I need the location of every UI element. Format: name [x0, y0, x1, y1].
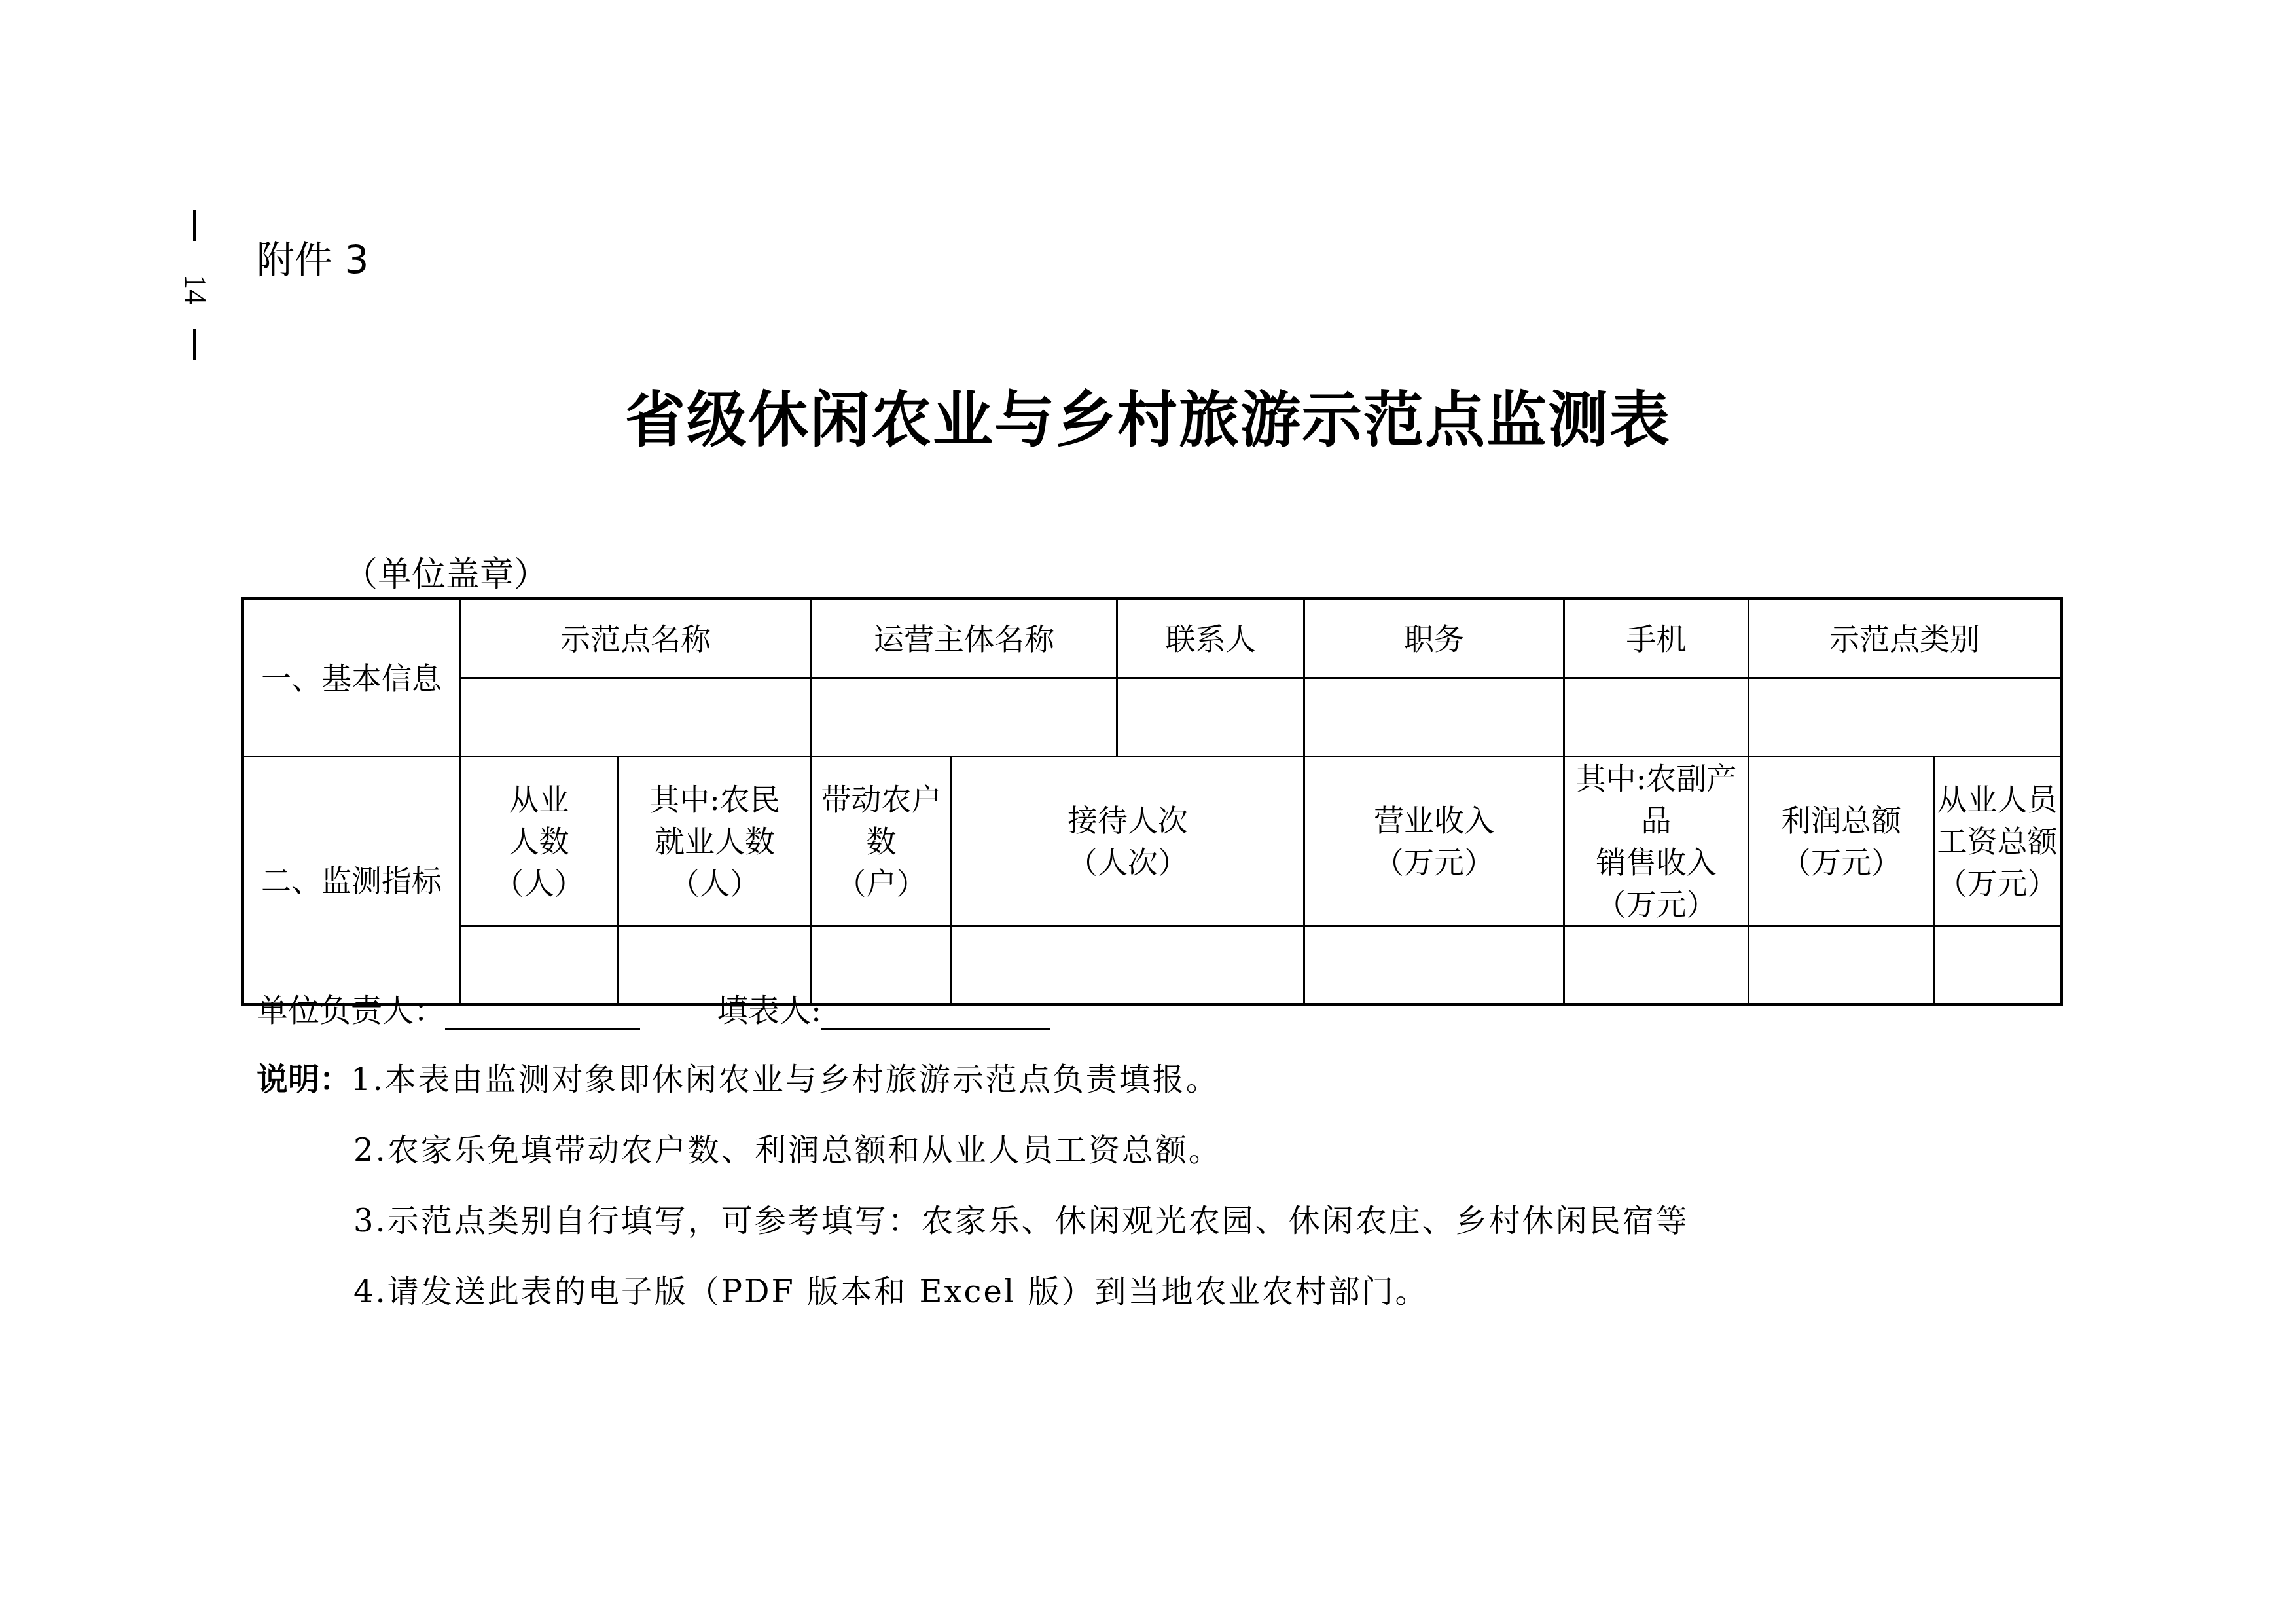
- header-operator-name: 运营主体名称: [812, 599, 1117, 678]
- filler-label: 填表人:: [717, 993, 821, 1029]
- input-total-wages[interactable]: [1934, 926, 2062, 1005]
- document-title: 省级休闲农业与乡村旅游示范点监测表: [0, 372, 2296, 458]
- seal-label: （单位盖章）: [344, 547, 548, 596]
- header-agri-product-sales: 其中:农副产品 销售收入 （万元）: [1564, 757, 1749, 926]
- section-basic-info-label: 一、基本信息: [243, 599, 460, 757]
- header-revenue: 营业收入 （万元）: [1304, 757, 1564, 926]
- input-agri-product-sales[interactable]: [1564, 926, 1749, 1005]
- header-farmer-employees: 其中:农民 就业人数 （人）: [619, 757, 812, 926]
- attachment-label: 附件 3: [257, 229, 368, 284]
- input-operator-name[interactable]: [812, 678, 1117, 757]
- input-site-category[interactable]: [1749, 678, 2062, 757]
- filler-blank[interactable]: [821, 995, 1050, 1030]
- responsible-signature: 单位负责人：: [257, 985, 640, 1030]
- input-contact[interactable]: [1117, 678, 1304, 757]
- note-1: 说明：1.本表由监测对象即休闲农业与乡村旅游示范点负责填报。: [257, 1054, 1219, 1099]
- monitoring-table: 一、基本信息 示范点名称 运营主体名称 联系人 职务 手机 示范点类别 二、监测…: [241, 597, 2063, 1006]
- header-position: 职务: [1304, 599, 1564, 678]
- input-total-profit[interactable]: [1749, 926, 1934, 1005]
- responsible-blank[interactable]: [445, 995, 640, 1030]
- header-visitors: 接待人次 （人次）: [952, 757, 1304, 926]
- note-3: 3.示范点类别自行填写，可参考填写：农家乐、休闲观光农园、休闲农庄、乡村休闲民宿…: [353, 1195, 1689, 1241]
- input-position[interactable]: [1304, 678, 1564, 757]
- header-total-wages: 从业人员 工资总额 （万元）: [1934, 757, 2062, 926]
- section-indicators-label: 二、监测指标: [243, 757, 460, 1005]
- page-number-value: 14: [175, 270, 215, 309]
- page-number-dash-top: [193, 210, 196, 241]
- header-mobile: 手机: [1564, 599, 1749, 678]
- input-mobile[interactable]: [1564, 678, 1749, 757]
- header-site-category: 示范点类别: [1749, 599, 2062, 678]
- header-site-name: 示范点名称: [460, 599, 812, 678]
- input-revenue[interactable]: [1304, 926, 1564, 1005]
- note-2: 2.农家乐免填带动农户数、利润总额和从业人员工资总额。: [353, 1125, 1222, 1170]
- notes-lead: 说明：: [257, 1061, 351, 1098]
- page-number-dash-bottom: [193, 329, 196, 360]
- header-employees: 从业 人数 （人）: [460, 757, 619, 926]
- header-total-profit: 利润总额 （万元）: [1749, 757, 1934, 926]
- page-number: 14: [175, 210, 215, 360]
- input-site-name[interactable]: [460, 678, 812, 757]
- header-contact: 联系人: [1117, 599, 1304, 678]
- header-households-driven: 带动农户数 （户）: [812, 757, 952, 926]
- filler-signature: 填表人:: [717, 985, 1050, 1030]
- responsible-label: 单位负责人：: [257, 993, 445, 1029]
- note-4: 4.请发送此表的电子版（PDF 版本和 Excel 版）到当地农业农村部门。: [353, 1266, 1428, 1311]
